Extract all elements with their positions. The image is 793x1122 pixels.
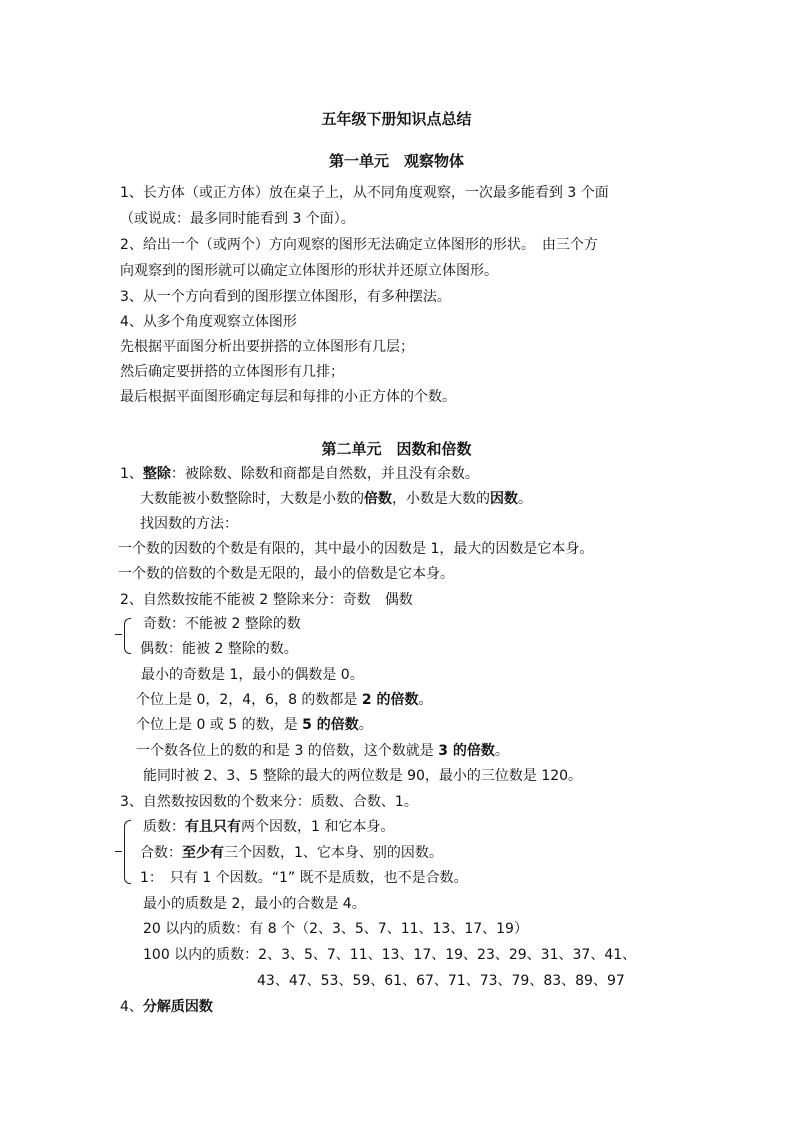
unit1-line-5: 3、从一个方向看到的图形摆立体图形，有多种摆法。	[120, 287, 451, 307]
brace-icon	[124, 820, 131, 884]
u2-s1-line5: 一个数的倍数的个数是无限的，最小的倍数是它本身。	[118, 564, 454, 584]
u2-s2-mult2-text: 个位上是 0，2，4，6，8 的数都是	[136, 692, 362, 708]
u2-s3-line1: 3、自然数按因数的个数来分：质数、合数、1。	[120, 792, 418, 812]
unit1-line-4: 向观察到的图形就可以确定立体图形的形状并还原立体图形。	[120, 261, 498, 281]
unit1-line-2: （或说成：最多同时能看到 3 个面）。	[120, 209, 355, 229]
u2-s2-235: 能同时被 2、3、5 整除的最大的两位数是 90，最小的三位数是 120。	[143, 766, 582, 786]
u2-s1-term: 整除	[143, 466, 171, 482]
u2-s3-prime-label: 质数：	[143, 819, 185, 835]
u2-s3-comp-bold: 至少有	[182, 845, 224, 861]
u2-s2-even: 偶数：能被 2 整除的数。	[140, 639, 298, 659]
unit1-line-7: 先根据平面图分析出要拼搭的立体图形有几层；	[120, 337, 414, 357]
u2-s4-prefix: 4、	[120, 999, 143, 1015]
u2-s3-prime-bold: 有且只有	[185, 819, 241, 835]
u2-s1-prefix: 1、	[120, 466, 143, 482]
unit2-heading: 第二单元 因数和倍数	[0, 438, 793, 459]
unit1-line-9: 最后根据平面图形确定每层和每排的小正方体的个数。	[120, 387, 456, 407]
u2-s2-line1: 2、自然数按能不能被 2 整除来分：奇数 偶数	[120, 590, 413, 610]
u2-s1-def: ：被除数、除数和商都是自然数，并且没有余数。	[171, 466, 479, 482]
brace-icon	[124, 618, 131, 654]
u2-s3-comp-def: 三个因数，1、它本身、别的因数。	[224, 845, 443, 861]
unit1-line-1: 1、长方体（或正方体）放在桌子上，从不同角度观察，一次最多能看到 3 个面	[120, 183, 609, 203]
u2-s2-mult3-text: 一个数各位上的数的和是 3 的倍数，这个数就是	[136, 743, 438, 759]
u2-s1-line4: 一个数的因数的个数是有限的，其中最小的因数是 1，最大的因数是它本身。	[118, 539, 593, 559]
unit1-line-3: 2、给出一个（或两个）方向观察的图形无法确定立体图形的形状。 由三个方	[120, 235, 598, 255]
unit1-line-8: 然后确定要拼搭的立体图形有几排；	[120, 362, 344, 382]
u2-s1-factor: 因数	[490, 491, 518, 507]
u2-s3-primes20: 20 以内的质数：有 8 个（2、3、5、7、11、13、17、19）	[143, 919, 528, 939]
u2-s3-comp-label: 合数：	[140, 845, 182, 861]
u2-s4-title: 分解质因数	[143, 999, 213, 1015]
u2-s2-mult5-text: 个位上是 0 或 5 的数，是	[136, 717, 302, 733]
brace-tip	[115, 634, 122, 635]
u2-s1-multiple: 倍数	[364, 491, 392, 507]
u2-s3-composite: 合数：至少有三个因数，1、它本身、别的因数。	[140, 843, 443, 863]
u2-s2-mult3: 一个数各位上的数的和是 3 的倍数，这个数就是 3 的倍数。	[136, 741, 509, 761]
u2-s1-line3: 找因数的方法：	[140, 514, 238, 534]
u2-s1-text-d: 。	[518, 491, 532, 507]
u2-s1-text-c: ，小数是大数的	[392, 491, 490, 507]
u2-s2-mult5-bold: 5 的倍数	[302, 717, 359, 733]
unit1-line-6: 4、从多个角度观察立体图形	[120, 312, 297, 332]
u2-s2-mult2-end: 。	[419, 692, 433, 708]
u2-s3-primes100-a: 100 以内的质数：2、3、5、7、11、13、17、19、23、29、31、3…	[143, 945, 636, 965]
u2-s2-odd: 奇数：不能被 2 整除的数	[143, 614, 301, 634]
u2-s1-text-a: 大数能被小数整除时，大数是小数的	[140, 491, 364, 507]
unit1-heading: 第一单元 观察物体	[0, 150, 793, 171]
u2-s3-primes100-b: 43、47、53、59、61、67、71、73、79、83、89、97	[257, 971, 625, 991]
u2-s2-min: 最小的奇数是 1，最小的偶数是 0。	[141, 665, 364, 685]
u2-s2-mult3-bold: 3 的倍数	[438, 743, 495, 759]
u2-s1-line1: 1、整除：被除数、除数和商都是自然数，并且没有余数。	[120, 464, 479, 484]
u2-s2-mult2-bold: 2 的倍数	[362, 692, 419, 708]
u2-s2-mult3-end: 。	[495, 743, 509, 759]
brace-tip	[115, 851, 122, 852]
document-title: 五年级下册知识点总结	[0, 108, 793, 129]
u2-s3-min: 最小的质数是 2，最小的合数是 4。	[143, 894, 366, 914]
u2-s3-prime: 质数：有且只有两个因数，1 和它本身。	[143, 817, 394, 837]
u2-s2-mult5: 个位上是 0 或 5 的数，是 5 的倍数。	[136, 715, 373, 735]
u2-s1-line2: 大数能被小数整除时，大数是小数的倍数，小数是大数的因数。	[140, 489, 532, 509]
u2-s4-line1: 4、分解质因数	[120, 997, 213, 1017]
u2-s3-prime-def: 两个因数，1 和它本身。	[241, 819, 394, 835]
u2-s3-one: 1： 只有 1 个因数。“1” 既不是质数，也不是合数。	[140, 868, 468, 888]
u2-s2-mult5-end: 。	[359, 717, 373, 733]
u2-s2-mult2: 个位上是 0，2，4，6，8 的数都是 2 的倍数。	[136, 690, 433, 710]
